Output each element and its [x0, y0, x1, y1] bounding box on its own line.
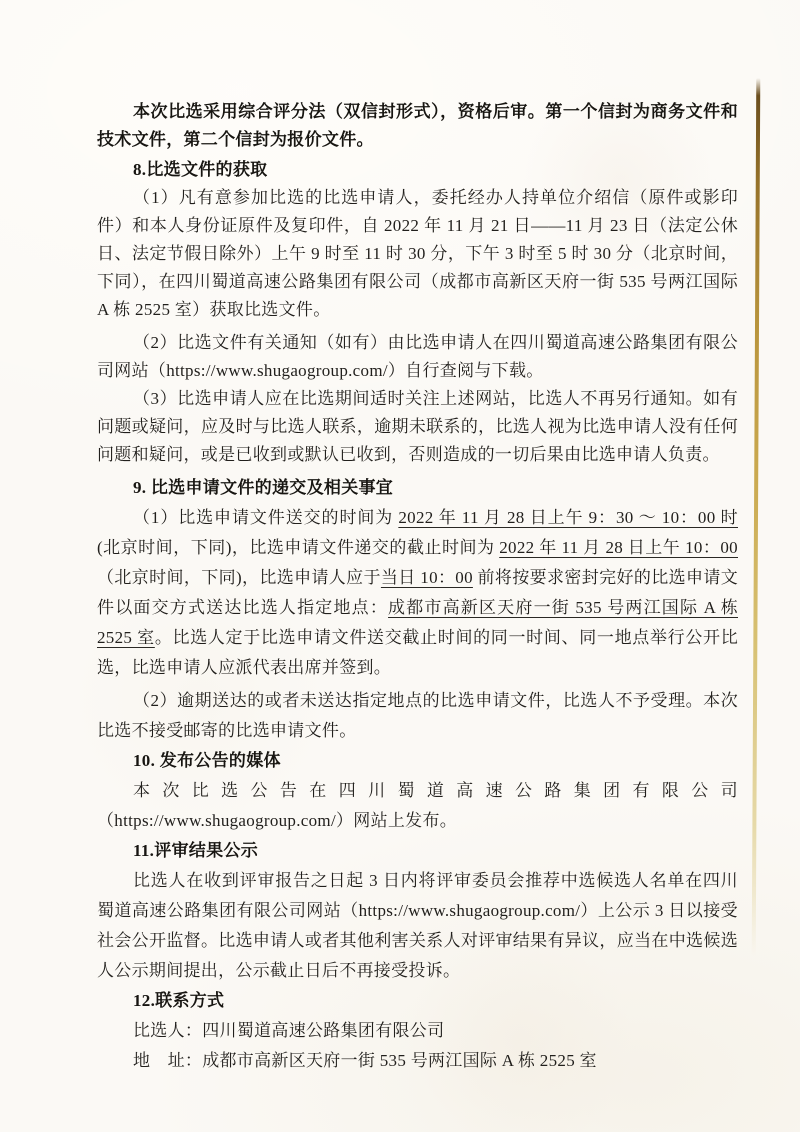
paragraph-11-body: 比选人在收到评审报告之日起 3 日内将评审委员会推荐中选候选人名单在四川蜀道高速… — [97, 866, 738, 986]
text-run: 。比选人定于比选申请文件送交截止时间的同一时间、同一地点举行公开比选，比选申请人… — [97, 628, 738, 677]
scanned-document-page: 本次比选采用综合评分法（双信封形式），资格后审。第一个信封为商务文件和技术文件，… — [0, 0, 800, 1132]
heading-section-12: 12.联系方式 — [97, 986, 738, 1016]
text-run: （1）比选申请文件送交的时间为 — [133, 508, 398, 527]
paragraph-8-item-1: （1）凡有意参加比选的比选申请人，委托经办人持单位介绍信（原件或影印件）和本人身… — [97, 184, 738, 324]
document-content: 本次比选采用综合评分法（双信封形式），资格后审。第一个信封为商务文件和技术文件，… — [97, 98, 738, 1076]
paragraph-8-item-2: （2）比选文件有关通知（如有）由比选申请人在四川蜀道高速公路集团有限公司网站（h… — [97, 329, 738, 385]
text-run: (北京时间，下同)，比选申请文件递交的截止时间为 — [97, 538, 499, 557]
paragraph-evaluation-method: 本次比选采用综合评分法（双信封形式），资格后审。第一个信封为商务文件和技术文件，… — [97, 98, 738, 154]
underlined-same-day-time: 当日 10：00 — [381, 568, 473, 587]
heading-section-8: 8.比选文件的获取 — [97, 156, 738, 184]
paragraph-9-item-2: （2）逾期送达的或者未送达指定地点的比选申请文件，比选人不予受理。本次比选不接受… — [97, 686, 738, 746]
scan-edge-artifact — [752, 78, 761, 956]
underlined-submission-time: 2022 年 11 月 28 日上午 9：30 ～ 10：00 时 — [398, 508, 738, 527]
heading-section-11: 11.评审结果公示 — [97, 836, 738, 866]
text-run: （北京时间，下同)，比选申请人应于 — [97, 568, 381, 587]
paragraph-10-body: 本次比选公告在四川蜀道高速公路集团有限公司（https://www.shugao… — [97, 776, 738, 836]
paragraph-8-item-3: （3）比选申请人应在比选期间适时关注上述网站，比选人不再另行通知。如有问题或疑问… — [97, 385, 738, 469]
contact-name-line: 比选人：四川蜀道高速公路集团有限公司 — [97, 1016, 738, 1046]
heading-section-9: 9. 比选申请文件的递交及相关事宜 — [97, 473, 738, 503]
contact-address-line: 地 址：成都市高新区天府一街 535 号两江国际 A 栋 2525 室 — [97, 1046, 738, 1076]
heading-section-10: 10. 发布公告的媒体 — [97, 746, 738, 776]
underlined-deadline-time: 2022 年 11 月 28 日上午 10：00 — [499, 538, 738, 557]
paragraph-9-item-1: （1）比选申请文件送交的时间为 2022 年 11 月 28 日上午 9：30 … — [97, 503, 738, 683]
